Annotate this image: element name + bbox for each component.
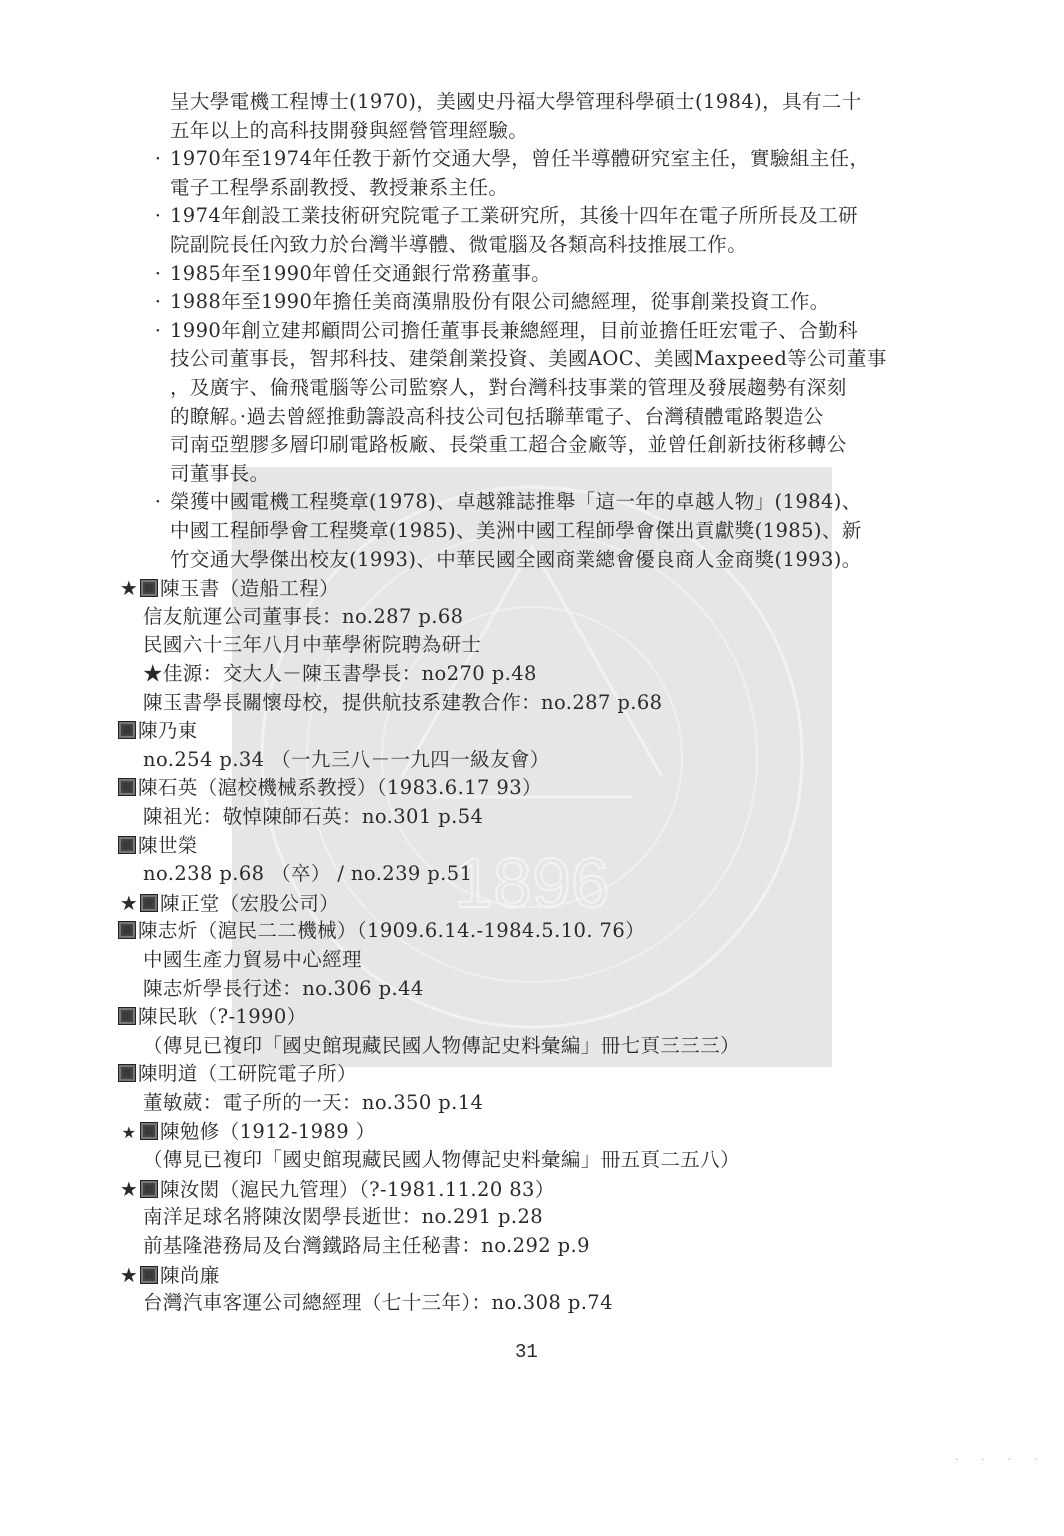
index-entry-detail: 陳玉書學長關懷母校，提供航技系建教合作：no.287 p.68: [143, 689, 662, 717]
entry-detail-text: 前基隆港務局及台灣鐵路局主任秘書：no.292 p.9: [143, 1234, 590, 1257]
stamp-mark-icon: [118, 1007, 136, 1025]
entry-name: 陳石英（滬校機械系教授）（1983.6.17 93）: [138, 776, 542, 799]
bio-bullet-line: ·1970年至1974年任教于新竹交通大學，曾任半導體研究室主任，實驗組主任，: [170, 145, 869, 173]
bullet-dot: ·: [150, 488, 166, 516]
bullet-dot: ·: [150, 288, 166, 316]
index-entry-detail: （傳見已複印「國史館現藏民國人物傳記史料彙編」冊七頁三三三）: [143, 1032, 740, 1060]
entry-name: 陳尚廉: [160, 1264, 220, 1287]
bio-bullet-line: 司董事長。: [170, 460, 270, 488]
entry-detail-text: 南洋足球名將陳汝閎學長逝世：no.291 p.28: [143, 1205, 543, 1228]
bio-bullet-line: ·1988年至1990年擔任美商漢鼎股份有限公司總經理，從事創業投資工作。: [170, 288, 830, 316]
bio-text: 五年以上的高科技開發與經營管理經驗。: [170, 119, 528, 142]
entry-detail-text: 中國生產力貿易中心經理: [143, 948, 362, 971]
bio-bullet-line: ·榮獲中國電機工程獎章(1978)、卓越雜誌推舉「這一年的卓越人物」(1984)…: [170, 488, 862, 516]
bio-text: 呈大學電機工程博士(1970)，美國史丹福大學管理科學碩士(1984)，具有二十: [170, 90, 862, 113]
entry-detail-text: 陳玉書學長關懷母校，提供航技系建教合作：no.287 p.68: [143, 691, 662, 714]
bio-bullet-text: 1985年至1990年曾任交通銀行常務董事。: [170, 262, 551, 285]
stamp-mark-icon: [140, 894, 158, 912]
stamp-mark-icon: [140, 579, 158, 597]
index-entry-detail: 台灣汽車客運公司總經理（七十三年）：no.308 p.74: [143, 1289, 613, 1317]
stamp-mark-icon: [140, 1180, 158, 1198]
index-entry-heading: 陳志炘（滬民二二機械）（1909.6.14.-1984.5.10. 76）: [118, 917, 645, 945]
entry-detail-text: no.254 p.34 （一九三八－一九四一級友會）: [143, 748, 550, 771]
star-icon: ★: [118, 1119, 140, 1147]
entry-detail-text: ★佳源：交大人－陳玉書學長：no270 p.48: [143, 662, 537, 685]
bio-bullet-text: 竹交通大學傑出校友(1993)、中華民國全國商業總會優良商人金商獎(1993)。: [170, 548, 862, 571]
index-entry-heading: 陳乃東: [118, 717, 198, 745]
bio-bullet-line: 電子工程學系副教授、教授兼系主任。: [170, 174, 508, 202]
bio-bullet-text: 1970年至1974年任教于新竹交通大學，曾任半導體研究室主任，實驗組主任，: [170, 147, 869, 170]
entry-name: 陳乃東: [138, 719, 198, 742]
index-entry-detail: no.238 p.68 （卒） / no.239 p.51: [143, 860, 472, 888]
entry-detail-text: no.238 p.68 （卒） / no.239 p.51: [143, 862, 472, 885]
bullet-dot: ·: [150, 145, 166, 173]
index-entry-detail: 陳志炘學長行述：no.306 p.44: [143, 975, 424, 1003]
bio-bullet-text: 1988年至1990年擔任美商漢鼎股份有限公司總經理，從事創業投資工作。: [170, 290, 830, 313]
bio-bullet-line: ·1974年創設工業技術研究院電子工業研究所，其後十四年在電子所所長及工研: [170, 202, 858, 230]
entry-name: 陳汝閎（滬民九管理）（?-1981.11.20 83）: [160, 1178, 555, 1201]
star-icon: ★: [118, 889, 140, 917]
bio-bullet-line: 的瞭解。·過去曾經推動籌設高科技公司包括聯華電子、台灣積體電路製造公: [170, 403, 824, 431]
entry-detail-text: 陳祖光：敬悼陳師石英：no.301 p.54: [143, 805, 483, 828]
stamp-mark-icon: [118, 836, 136, 854]
stamp-mark-icon: [118, 721, 136, 739]
bio-bullet-line: 技公司董事長，智邦科技、建榮創業投資、美國AOC、美國Maxpeed等公司董事: [170, 345, 887, 373]
index-entry-detail: 董敏葳：電子所的一天：no.350 p.14: [143, 1089, 483, 1117]
bio-bullet-text: 榮獲中國電機工程獎章(1978)、卓越雜誌推舉「這一年的卓越人物」(1984)、: [170, 490, 862, 513]
star-icon: ★: [118, 574, 140, 602]
bio-text-line: 五年以上的高科技開發與經營管理經驗。: [170, 117, 528, 145]
bio-bullet-line: 院副院長任內致力於台灣半導體、微電腦及各類高科技推展工作。: [170, 231, 747, 259]
bullet-dot: ·: [150, 202, 166, 230]
bio-bullet-text: 司南亞塑膠多層印刷電路板廠、長榮重工超合金廠等，並曾任創新技術移轉公: [170, 433, 847, 456]
entry-detail-text: 董敏葳：電子所的一天：no.350 p.14: [143, 1091, 483, 1114]
bio-bullet-text: ，及廣宇、倫飛電腦等公司監察人，對台灣科技事業的管理及發展趨勢有深刻: [170, 376, 847, 399]
bullet-dot: ·: [150, 317, 166, 345]
index-entry-heading: 陳民耿（?-1990）: [118, 1003, 307, 1031]
bio-bullet-text: 技公司董事長，智邦科技、建榮創業投資、美國AOC、美國Maxpeed等公司董事: [170, 347, 887, 370]
bio-bullet-line: ·1990年創立建邦顧問公司擔任董事長兼總經理，目前並擔任旺宏電子、合勤科: [170, 317, 858, 345]
bio-bullet-line: 中國工程師學會工程獎章(1985)、美洲中國工程師學會傑出貢獻獎(1985)、新: [170, 517, 862, 545]
entry-name: 陳志炘（滬民二二機械）（1909.6.14.-1984.5.10. 76）: [138, 919, 645, 942]
index-entry-detail: 南洋足球名將陳汝閎學長逝世：no.291 p.28: [143, 1203, 543, 1231]
bio-bullet-text: 院副院長任內致力於台灣半導體、微電腦及各類高科技推展工作。: [170, 233, 747, 256]
bio-bullet-line: 竹交通大學傑出校友(1993)、中華民國全國商業總會優良商人金商獎(1993)。: [170, 546, 862, 574]
index-entry-heading: ★陳正堂（宏股公司）: [118, 889, 339, 917]
stamp-mark-icon: [118, 921, 136, 939]
entry-detail-text: （傳見已複印「國史館現藏民國人物傳記史料彙編」冊七頁三三三）: [143, 1034, 740, 1057]
entry-name: 陳正堂（宏股公司）: [160, 892, 339, 915]
bio-bullet-text: 1990年創立建邦顧問公司擔任董事長兼總經理，目前並擔任旺宏電子、合勤科: [170, 319, 858, 342]
entry-detail-text: 民國六十三年八月中華學術院聘為研士: [143, 633, 481, 656]
bio-bullet-text: 中國工程師學會工程獎章(1985)、美洲中國工程師學會傑出貢獻獎(1985)、新: [170, 519, 862, 542]
entry-name: 陳明道（工研院電子所）: [138, 1062, 357, 1085]
scan-artifact-dots: · · · ·: [955, 1455, 1047, 1466]
bio-bullet-line: 司南亞塑膠多層印刷電路板廠、長榮重工超合金廠等，並曾任創新技術移轉公: [170, 431, 847, 459]
index-entry-detail: （傳見已複印「國史館現藏民國人物傳記史料彙編」冊五頁二五八）: [143, 1146, 740, 1174]
index-entry-heading: 陳明道（工研院電子所）: [118, 1060, 357, 1088]
index-entry-detail: 陳祖光：敬悼陳師石英：no.301 p.54: [143, 803, 483, 831]
stamp-mark-icon: [118, 778, 136, 796]
index-entry-heading: ★陳勉修（1912-1989 ）: [118, 1118, 376, 1146]
index-entry-heading: ★陳汝閎（滬民九管理）（?-1981.11.20 83）: [118, 1175, 555, 1203]
star-icon: ★: [118, 1261, 140, 1289]
entry-detail-text: （傳見已複印「國史館現藏民國人物傳記史料彙編」冊五頁二五八）: [143, 1148, 740, 1171]
bio-bullet-text: 電子工程學系副教授、教授兼系主任。: [170, 176, 508, 199]
index-entry-detail: ★佳源：交大人－陳玉書學長：no270 p.48: [143, 660, 537, 688]
index-entry-detail: 前基隆港務局及台灣鐵路局主任秘書：no.292 p.9: [143, 1232, 590, 1260]
index-entry-heading: 陳世榮: [118, 832, 198, 860]
bio-bullet-line: ，及廣宇、倫飛電腦等公司監察人，對台灣科技事業的管理及發展趨勢有深刻: [170, 374, 847, 402]
bullet-dot: ·: [150, 260, 166, 288]
bio-bullet-text: 的瞭解。·過去曾經推動籌設高科技公司包括聯華電子、台灣積體電路製造公: [170, 405, 824, 428]
star-icon: ★: [118, 1175, 140, 1203]
index-entry-detail: 民國六十三年八月中華學術院聘為研士: [143, 631, 481, 659]
entry-name: 陳勉修（1912-1989 ）: [160, 1120, 376, 1143]
bio-text-line: 呈大學電機工程博士(1970)，美國史丹福大學管理科學碩士(1984)，具有二十: [170, 88, 862, 116]
index-entry-detail: 中國生產力貿易中心經理: [143, 946, 362, 974]
stamp-mark-icon: [140, 1266, 158, 1284]
entry-detail-text: 陳志炘學長行述：no.306 p.44: [143, 977, 424, 1000]
index-entry-heading: ★陳尚廉: [118, 1261, 220, 1289]
entry-detail-text: 台灣汽車客運公司總經理（七十三年）：no.308 p.74: [143, 1291, 613, 1314]
svg-text:1896: 1896: [454, 844, 610, 922]
entry-name: 陳世榮: [138, 834, 198, 857]
entry-detail-text: 信友航運公司董事長：no.287 p.68: [143, 605, 463, 628]
bio-bullet-text: 1974年創設工業技術研究院電子工業研究所，其後十四年在電子所所長及工研: [170, 204, 858, 227]
entry-name: 陳民耿（?-1990）: [138, 1005, 307, 1028]
stamp-mark-icon: [140, 1122, 158, 1140]
stamp-mark-icon: [118, 1064, 136, 1082]
page-number: 31: [515, 1340, 538, 1364]
index-entry-heading: ★陳玉書（造船工程）: [118, 574, 339, 602]
bio-bullet-line: ·1985年至1990年曾任交通銀行常務董事。: [170, 260, 551, 288]
entry-name: 陳玉書（造船工程）: [160, 577, 339, 600]
index-entry-heading: 陳石英（滬校機械系教授）（1983.6.17 93）: [118, 774, 542, 802]
index-entry-detail: 信友航運公司董事長：no.287 p.68: [143, 603, 463, 631]
bio-bullet-text: 司董事長。: [170, 462, 270, 485]
index-entry-detail: no.254 p.34 （一九三八－一九四一級友會）: [143, 746, 550, 774]
